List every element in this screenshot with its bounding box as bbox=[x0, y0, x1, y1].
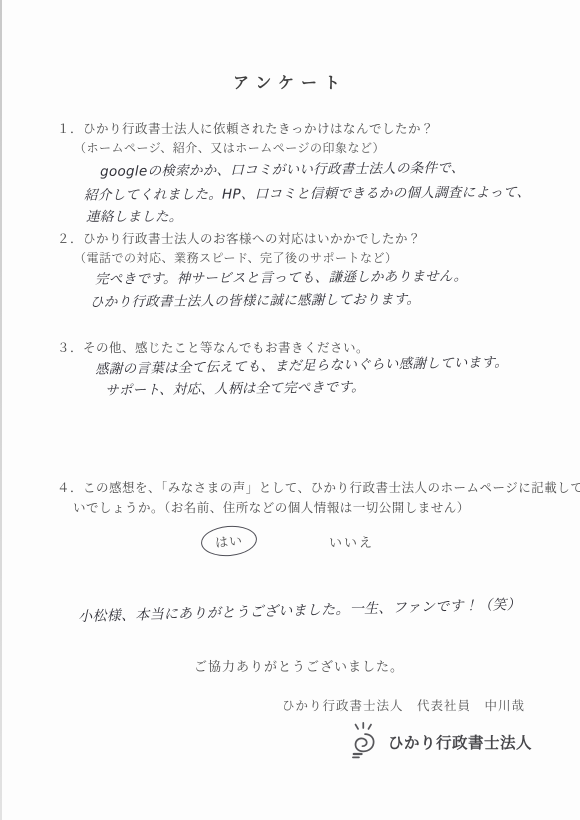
question-4-options: はい いいえ bbox=[0, 524, 580, 560]
question-1-number: １． bbox=[57, 122, 83, 136]
question-2-text: ひかり行政書士法人のお客様への対応はいかかでしたか？ bbox=[83, 232, 421, 246]
answer-1-line-1: googleの検索かか、口コミがいい行政書士法人の条件で、 bbox=[100, 156, 465, 180]
question-1: １．ひかり行政書士法人に依頼されたきっかけはなんでしたか？ bbox=[57, 119, 434, 137]
thanks-line: ご協力ありがとうございました。 bbox=[194, 656, 404, 675]
logo-text: ひかり行政書士法人 bbox=[388, 731, 532, 753]
question-2-number: ２． bbox=[57, 232, 83, 246]
answer-3-line-2: サポート、対応、人柄は全て完ぺきです。 bbox=[105, 375, 365, 399]
question-4: ４．この感想を、「みなさまの声」として、ひかり行政書士法人のホームページに記載し… bbox=[57, 478, 580, 496]
option-yes-circled: はい bbox=[200, 524, 258, 559]
question-2: ２．ひかり行政書士法人のお客様への対応はいかかでしたか？ bbox=[57, 229, 421, 247]
option-no: いいえ bbox=[329, 532, 374, 551]
question-3-number: ３． bbox=[57, 341, 83, 355]
question-1-text: ひかり行政書士法人に依頼されたきっかけはなんでしたか？ bbox=[83, 122, 434, 136]
survey-scan-page: アンケート １．ひかり行政書士法人に依頼されたきっかけはなんでしたか？ （ホーム… bbox=[0, 0, 580, 820]
answer-1-line-2: 紹介してくれました。HP、口コミと信頼できるかの個人調査によって、 bbox=[84, 180, 531, 203]
page-title: アンケート bbox=[0, 70, 580, 93]
company-logo: ひかり行政書士法人 bbox=[0, 722, 532, 768]
answer-2-line-2: ひかり行政書士法人の皆様に誠に感謝しております。 bbox=[90, 288, 420, 311]
question-1-note: （ホームページ、紹介、又はホームページの印象など） bbox=[74, 139, 385, 156]
answer-2-line-1: 完ぺきです。神サービスと言っても、謙遜しかありません。 bbox=[95, 264, 468, 287]
closing-handwritten-note: 小松様、本当にありがとうございました。一生、ファンです！（笑） bbox=[78, 594, 521, 626]
lightbulb-icon bbox=[346, 720, 384, 762]
question-2-note: （電話での対応、業務スピード、完了後のサポートなど） bbox=[74, 249, 397, 266]
answer-1-line-3: 連絡しました。 bbox=[86, 205, 183, 225]
question-4-text: この感想を、「みなさまの声」として、ひかり行政書士法人のホームページに記載しても… bbox=[83, 481, 580, 495]
question-4-text-line2: いでしょうか。（お名前、住所などの個人情報は一切公開しません） bbox=[73, 498, 470, 516]
signature-line: ひかり行政書士法人 代表社員 中川哉 bbox=[0, 696, 525, 714]
question-4-number: ４． bbox=[57, 481, 83, 495]
